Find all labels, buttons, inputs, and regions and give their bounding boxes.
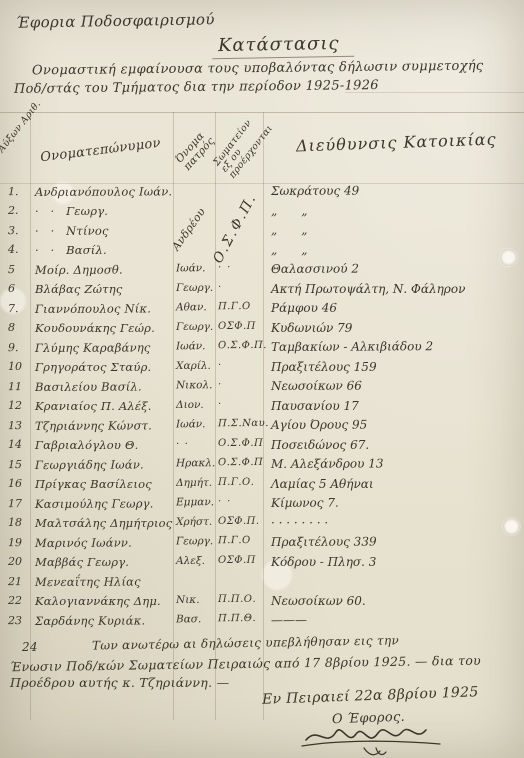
club-abbreviation: Π.Π.Θ.: [215, 613, 263, 624]
subtitle-line-1: Ονομαστική εμφαίνουσα τους υποβαλόντας δ…: [32, 59, 484, 79]
player-name: · · Ντίνος: [30, 223, 173, 238]
table-top-rule: [0, 112, 524, 113]
footer-note-line-2: Ένωσιν Ποδ/κών Σωματείων Πειραιώς από 17…: [10, 653, 481, 675]
row-number: 1.: [0, 185, 30, 198]
address: „ „: [263, 204, 524, 218]
table-row: 15 Γεωργιάδης Ιωάν. Ηρακλ. Ο.Σ.Φ.Π Μ. Αλ…: [0, 456, 524, 478]
table-row: 14 Γαβριαλόγλου Θ. · · Ο.Σ.Φ.Π Ποσειδώνο…: [0, 438, 524, 458]
subtitle-line-2: Ποδ/στάς του Τμήματος δια την περίοδον 1…: [14, 78, 379, 97]
footer-note-line-1: Των ανωτέρω αι δηλώσεις υπεβλήθησαν εις …: [92, 633, 399, 652]
player-name: Βλάβας Ζώτης: [30, 282, 173, 296]
row-number: 23: [0, 614, 30, 627]
page-title: Κατάστασις: [212, 33, 354, 59]
row-number: 18: [0, 516, 30, 529]
player-name: Τζηριάννης Κώνστ.: [30, 418, 173, 433]
player-name: Βασιλείου Βασίλ.: [30, 379, 173, 394]
player-name: Μενεαΐτης Ηλίας: [30, 574, 173, 589]
table-row: 7. Γιαννόπουλος Νίκ. Αθαν. Π.Γ.Ο Ράμφου …: [0, 300, 524, 322]
player-name: Μαββάς Γεωργ.: [30, 555, 173, 569]
player-name: Μοίρ. Δημοσθ.: [30, 262, 173, 277]
address: Σωκράτους 49: [263, 183, 524, 198]
address: Πραξιτέλους 339: [263, 534, 524, 549]
club-abbreviation: ΟΣΦ.Π.: [215, 516, 263, 527]
table-row: 18 Μαλτσάλης Δημήτριος Χρήστ. ΟΣΦ.Π. · ·…: [0, 516, 524, 536]
player-name: Κουδουνάκης Γεώρ.: [30, 321, 173, 335]
club-abbreviation: Π.Γ.Ο.: [215, 477, 263, 488]
column-header-name: Ονοματεπώνυμον: [40, 136, 162, 166]
club-abbreviation: ·: [215, 379, 263, 390]
club-abbreviation: ·: [215, 360, 263, 371]
address: Παυσανίου 17: [263, 399, 524, 413]
column-header-address: Διεύθυνσις Κατοικίας: [296, 130, 497, 156]
table-row: 11 Βασιλείου Βασίλ. Νικολ. · Νεωσοίκων 6…: [0, 378, 524, 400]
father-name: Νικ.: [173, 594, 215, 606]
club-abbreviation: ΟΣΦ.Π: [215, 321, 263, 332]
address: „ „: [263, 222, 524, 237]
table-row: 5 Μοίρ. Δημοσθ. Ιωάν. · · Θαλασσινού 2: [0, 261, 524, 283]
player-name: Ανδριανόπουλος Ιωάν.: [30, 184, 173, 199]
row-number: 9.: [0, 341, 30, 354]
address: Ταμβακίων - Αλκιβιάδου 2: [263, 339, 524, 354]
player-name: Μαλτσάλης Δημήτριος: [30, 516, 173, 530]
row-number: 2.: [0, 204, 30, 217]
row-number: 7.: [0, 302, 30, 315]
father-name: Αλεξ.: [173, 555, 215, 567]
player-name: Γεωργιάδης Ιωάν.: [30, 457, 173, 472]
club-abbreviation: Ο.Σ.Φ.Π.: [215, 340, 263, 351]
row-number: 20: [0, 555, 30, 568]
address: Κίμωνος 7.: [263, 495, 524, 510]
address: Ράμφου 46: [263, 300, 524, 315]
table-row: 22 Καλογιαννάκης Δημ. Νικ. Π.Π.Ο. Νεωσοί…: [0, 594, 524, 614]
father-name: Εμμαν.: [173, 496, 215, 508]
club-abbreviation: · ·: [215, 496, 263, 507]
address: ———: [263, 612, 524, 627]
club-abbreviation: Π.Σ.Ναυ.: [215, 418, 263, 429]
father-name: Ιωάν.: [173, 340, 215, 352]
table-row: 9. Γλύμης Καραβάνης Ιωάν. Ο.Σ.Φ.Π. Ταμβα…: [0, 339, 524, 361]
table-row: 2. · · Γεωργ. „ „: [0, 204, 524, 224]
player-name: Γιαννόπουλος Νίκ.: [30, 301, 173, 316]
row-number: 21: [0, 575, 30, 588]
table-row: 20 Μαββάς Γεωργ. Αλεξ. ΟΣΦ.Π Κόδρου - Πλ…: [0, 555, 524, 575]
address: „ „: [263, 243, 524, 257]
address: Θαλασσινού 2: [263, 261, 524, 276]
table-body: 1. Ανδριανόπουλος Ιωάν. Σωκράτους 49 2. …: [0, 184, 524, 633]
table-row: 8 Κουδουνάκης Γεώρ. Γεωργ. ΟΣΦ.Π Κυδωνιώ…: [0, 321, 524, 341]
father-name: Βασ.: [173, 613, 215, 625]
table-row: 13 Τζηριάννης Κώνστ. Ιωάν. Π.Σ.Ναυ. Αγίο…: [0, 417, 524, 439]
address: Μ. Αλεξάνδρου 13: [263, 456, 524, 471]
father-name: Χαρίλ.: [173, 360, 215, 372]
date-line: Εν Πειραιεί 22α 8βρίου 1925: [262, 684, 479, 708]
player-name: Γλύμης Καραβάνης: [30, 340, 173, 355]
address: Πραξιτέλους 159: [263, 360, 524, 374]
club-abbreviation: ·: [215, 282, 263, 293]
father-name: Δημήτ.: [173, 477, 215, 489]
club-abbreviation: Ο.Σ.Φ.Π: [215, 438, 263, 449]
department-title: Έφορια Ποδοσφαιρισμού: [16, 10, 215, 31]
margin-number-24: 24: [22, 640, 38, 654]
father-name: Ιωάν.: [173, 262, 215, 274]
club-abbreviation: Π.Π.Ο.: [215, 594, 263, 605]
address: [263, 573, 524, 574]
father-name: Γεωργ.: [173, 321, 215, 333]
row-number: 11: [0, 380, 30, 393]
club-abbreviation: Ο.Σ.Φ.Π: [215, 457, 263, 468]
player-name: Πρίγκας Βασίλειος: [30, 477, 173, 491]
row-number: 16: [0, 477, 30, 490]
club-abbreviation: ·: [215, 399, 263, 410]
father-name: Χρήστ.: [173, 516, 215, 528]
player-name: Σαρδάνης Κυριάκ.: [30, 613, 173, 628]
row-number: 13: [0, 419, 30, 432]
row-number: 10: [0, 360, 30, 373]
father-name: Γεωργ.: [173, 282, 215, 294]
table-row: 6 Βλάβας Ζώτης Γεωργ. · Ακτή Πρωτοψάλτη,…: [0, 282, 524, 302]
address: Ακτή Πρωτοψάλτη, Ν. Φάληρον: [263, 282, 524, 296]
row-number: 12: [0, 399, 30, 412]
father-name: Αθαν.: [173, 301, 215, 313]
father-name: Ιωάν.: [173, 418, 215, 430]
table-row: 3. · · Ντίνος „ „: [0, 222, 524, 244]
player-name: · · Βασίλ.: [30, 243, 173, 257]
address: Ποσειδώνος 67.: [263, 438, 524, 452]
player-name: Μαρινός Ιωάνν.: [30, 535, 173, 550]
row-number: 22: [0, 594, 30, 607]
row-number: 3.: [0, 224, 30, 237]
player-name: Καλογιαννάκης Δημ.: [30, 594, 173, 608]
table-row: 16 Πρίγκας Βασίλειος Δημήτ. Π.Γ.Ο. Λαμία…: [0, 477, 524, 497]
player-name: Γαβριαλόγλου Θ.: [30, 438, 173, 452]
row-number: 17: [0, 497, 30, 510]
row-number: 15: [0, 458, 30, 471]
club-abbreviation: Π.Γ.Ο: [215, 535, 263, 546]
player-name: Κασιμούλης Γεωργ.: [30, 496, 173, 511]
address: Αγίου Όρους 95: [263, 417, 524, 432]
footer-note-line-3: Προέδρου αυτής κ. Τζηριάννη. —: [10, 675, 229, 690]
column-header-number: Αύξων Αριθ.: [0, 99, 43, 155]
address: Κόδρου - Πλησ. 3: [263, 555, 524, 569]
player-name: Κρανιαίος Π. Αλέξ.: [30, 399, 173, 413]
table-row: 17 Κασιμούλης Γεωργ. Εμμαν. · · Κίμωνος …: [0, 495, 524, 517]
row-number: 5: [0, 263, 30, 276]
father-name: Διον.: [173, 399, 215, 411]
club-abbreviation: · ·: [215, 262, 263, 273]
table-row: 19 Μαρινός Ιωάνν. Γεωργ. Π.Γ.Ο Πραξιτέλο…: [0, 534, 524, 556]
address: Νεωσοίκων 66: [263, 378, 524, 393]
player-name: Γρηγοράτος Σταύρ.: [30, 360, 173, 374]
table-row: 12 Κρανιαίος Π. Αλέξ. Διον. · Παυσανίου …: [0, 399, 524, 419]
table-row: 10 Γρηγοράτος Σταύρ. Χαρίλ. · Πραξιτέλου…: [0, 360, 524, 380]
table-row: 1. Ανδριανόπουλος Ιωάν. Σωκράτους 49: [0, 183, 524, 205]
signature-icon: [298, 718, 448, 758]
row-number: 14: [0, 438, 30, 451]
row-number: 8: [0, 321, 30, 334]
row-number: 4.: [0, 243, 30, 256]
father-name: Ηρακλ.: [173, 457, 215, 469]
father-name: Νικολ.: [173, 379, 215, 391]
row-number: 6: [0, 282, 30, 295]
address: Λαμίας 5 Αθήναι: [263, 477, 524, 491]
father-name: Γεωργ.: [173, 535, 215, 547]
column-header-club: Σωματείον εξ ου προέρχονται: [212, 113, 274, 180]
club-abbreviation: Π.Γ.Ο: [215, 301, 263, 312]
player-name: · · Γεωργ.: [30, 204, 173, 218]
father-name: · ·: [173, 438, 215, 450]
address: · · · · · · · ·: [263, 516, 524, 530]
table-row: 4. · · Βασίλ. „ „: [0, 243, 524, 263]
table-row: 21 Μενεαΐτης Ηλίας: [0, 573, 524, 595]
table-row: 23 Σαρδάνης Κυριάκ. Βασ. Π.Π.Θ. ———: [0, 612, 524, 634]
address: Κυδωνιών 79: [263, 321, 524, 335]
club-abbreviation: ΟΣΦ.Π: [215, 555, 263, 566]
address: Νεωσοίκων 60.: [263, 594, 524, 608]
row-number: 19: [0, 536, 30, 549]
